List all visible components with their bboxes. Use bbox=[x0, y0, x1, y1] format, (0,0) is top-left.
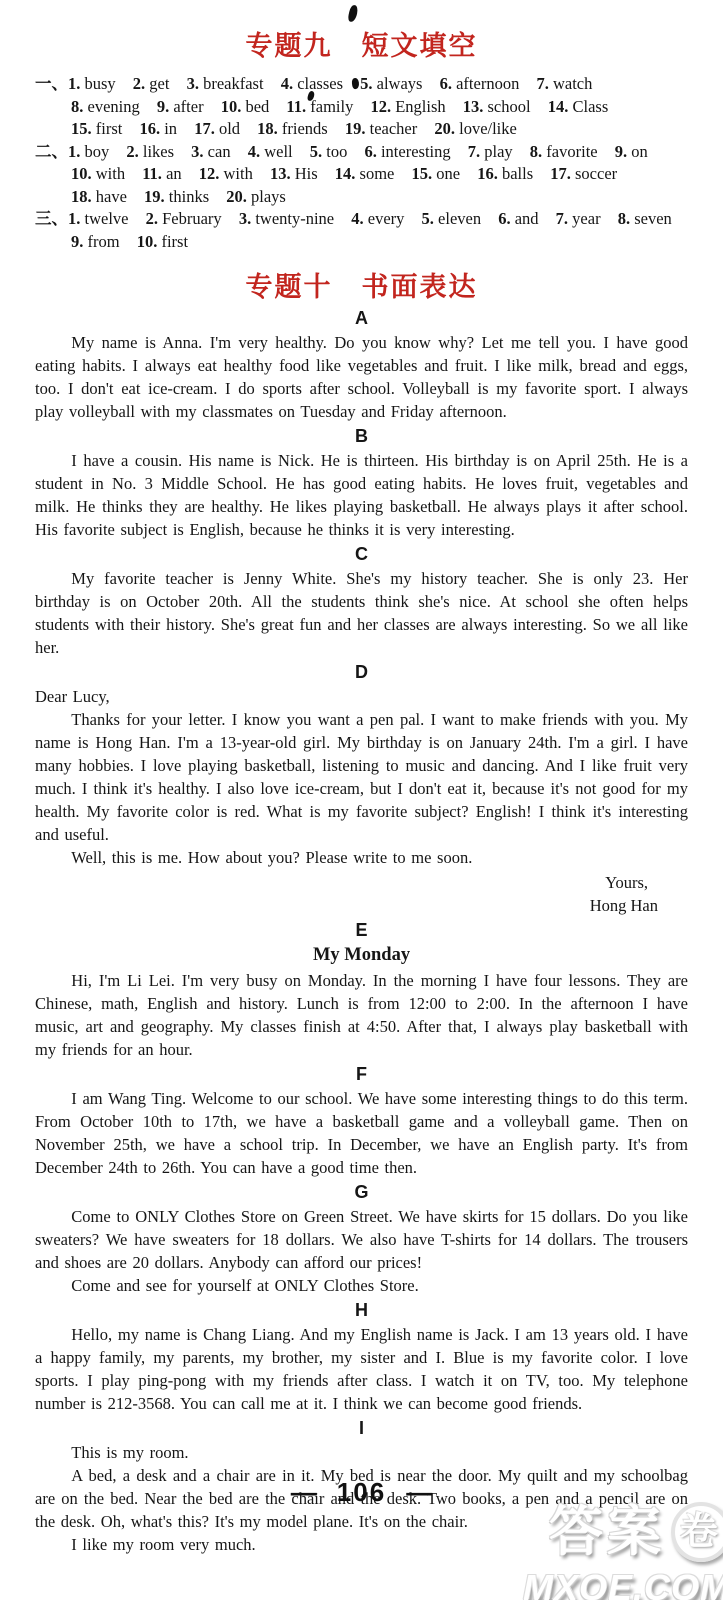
answer-item-word: bed bbox=[245, 97, 269, 116]
answer-item: 5. always bbox=[360, 74, 422, 93]
answer-item: 8. seven bbox=[618, 209, 672, 228]
passage-paragraph: Hello, my name is Chang Liang. And my En… bbox=[35, 1323, 688, 1415]
answer-item-number: 18. bbox=[71, 187, 92, 206]
answer-item-word: in bbox=[164, 119, 177, 138]
answer-item: 10. first bbox=[137, 232, 188, 251]
answer-item-number: 15. bbox=[71, 119, 92, 138]
answer-item-number: 10. bbox=[71, 164, 92, 183]
answer-item-word: first bbox=[161, 232, 188, 251]
answer-item: 1. boy bbox=[68, 142, 109, 161]
answer-item: 2. get bbox=[133, 74, 170, 93]
answer-item-word: first bbox=[96, 119, 123, 138]
answer-item-number: 14. bbox=[335, 164, 356, 183]
answer-item: 7. play bbox=[468, 142, 513, 161]
answer-item-word: busy bbox=[85, 74, 116, 93]
answer-item-number: 10. bbox=[221, 97, 242, 116]
passages-block: AMy name is Anna. I'm very healthy. Do y… bbox=[35, 306, 688, 1556]
passage-paragraph: Well, this is me. How about you? Please … bbox=[35, 846, 688, 869]
answer-item-word: family bbox=[310, 97, 353, 116]
answer-item-word: interesting bbox=[381, 142, 451, 161]
answer-item-number: 1. bbox=[68, 209, 80, 228]
answer-item-number: 13. bbox=[270, 164, 291, 183]
answer-item: 7. watch bbox=[536, 74, 592, 93]
answer-item-word: teacher bbox=[370, 119, 418, 138]
answer-item: 20. plays bbox=[226, 187, 286, 206]
answer-item-number: 6. bbox=[440, 74, 452, 93]
answer-item: 17. old bbox=[194, 119, 240, 138]
page-number-value: 106 bbox=[337, 1477, 386, 1507]
answer-item: 15. one bbox=[412, 164, 461, 183]
answer-item-number: 14. bbox=[548, 97, 569, 116]
answer-item: 13. His bbox=[270, 164, 318, 183]
passage-paragraph: My favorite teacher is Jenny White. She'… bbox=[35, 567, 688, 659]
ink-blot-artifact bbox=[347, 4, 358, 22]
answer-item: 17. soccer bbox=[550, 164, 617, 183]
answer-group-marker: 二、 bbox=[35, 142, 68, 161]
answer-item: 3. can bbox=[191, 142, 230, 161]
answer-item-number: 11. bbox=[286, 97, 306, 116]
answer-item-word: and bbox=[515, 209, 539, 228]
answer-item-number: 8. bbox=[530, 142, 542, 161]
answer-item-word: thinks bbox=[169, 187, 209, 206]
passage-section: DDear Lucy,Thanks for your letter. I kno… bbox=[35, 660, 688, 917]
answer-item-number: 4. bbox=[351, 209, 363, 228]
answer-item-word: year bbox=[572, 209, 600, 228]
answer-item-word: seven bbox=[634, 209, 672, 228]
answer-item-word: classes bbox=[297, 74, 343, 93]
answer-item: 12. with bbox=[199, 164, 253, 183]
passage-paragraph: I have a cousin. His name is Nick. He is… bbox=[35, 449, 688, 541]
answer-item-word: eleven bbox=[438, 209, 481, 228]
watermark-site: MXQE.COM bbox=[523, 1570, 723, 1600]
answer-item-word: February bbox=[162, 209, 222, 228]
answer-item-word: play bbox=[484, 142, 512, 161]
answer-item: 12. English bbox=[370, 97, 445, 116]
answer-item: 7. year bbox=[556, 209, 601, 228]
answer-item: 6. and bbox=[498, 209, 538, 228]
answer-item-word: school bbox=[488, 97, 531, 116]
answer-item-word: boy bbox=[85, 142, 110, 161]
answer-item-word: an bbox=[166, 164, 182, 183]
answer-item-number: 6. bbox=[498, 209, 510, 228]
answer-item-word: plays bbox=[251, 187, 286, 206]
answer-item: 5. too bbox=[310, 142, 348, 161]
watermark-logo-text: 答案 bbox=[549, 1505, 665, 1559]
answer-item: 6. afternoon bbox=[440, 74, 520, 93]
answer-item-number: 8. bbox=[618, 209, 630, 228]
answer-item-number: 17. bbox=[194, 119, 215, 138]
section-label: D bbox=[35, 660, 688, 684]
answer-item-number: 8. bbox=[71, 97, 83, 116]
answer-item-number: 3. bbox=[187, 74, 199, 93]
answer-item-word: always bbox=[377, 74, 423, 93]
answer-item-number: 2. bbox=[126, 142, 138, 161]
passage-paragraph: Hi, I'm Li Lei. I'm very busy on Monday.… bbox=[35, 969, 688, 1061]
answer-item-number: 9. bbox=[71, 232, 83, 251]
answer-item-word: evening bbox=[88, 97, 140, 116]
passage-paragraph: Come to ONLY Clothes Store on Green Stre… bbox=[35, 1205, 688, 1274]
answer-item-word: Class bbox=[572, 97, 608, 116]
section-label: C bbox=[35, 542, 688, 566]
answer-item-word: can bbox=[208, 142, 231, 161]
answer-item: 6. interesting bbox=[364, 142, 450, 161]
section-label: E bbox=[35, 918, 688, 942]
passage-section: GCome to ONLY Clothes Store on Green Str… bbox=[35, 1180, 688, 1297]
answer-item: 8. evening bbox=[71, 97, 140, 116]
section-label: A bbox=[35, 306, 688, 330]
answer-item: 3. twenty-nine bbox=[239, 209, 334, 228]
section-label: F bbox=[35, 1062, 688, 1086]
passage-section: BI have a cousin. His name is Nick. He i… bbox=[35, 424, 688, 541]
answer-item-number: 5. bbox=[310, 142, 322, 161]
answer-item-word: some bbox=[360, 164, 395, 183]
answer-item: 2. February bbox=[146, 209, 222, 228]
answer-item: 16. in bbox=[139, 119, 177, 138]
answer-item-word: with bbox=[96, 164, 125, 183]
answer-item-word: soccer bbox=[575, 164, 617, 183]
answer-item: 16. balls bbox=[477, 164, 533, 183]
answer-item-number: 19. bbox=[345, 119, 366, 138]
passage-section: EMy MondayHi, I'm Li Lei. I'm very busy … bbox=[35, 918, 688, 1061]
passage-paragraph: My name is Anna. I'm very healthy. Do yo… bbox=[35, 331, 688, 423]
answer-item: 10. bed bbox=[221, 97, 270, 116]
answer-item: 4. well bbox=[248, 142, 293, 161]
section-label: B bbox=[35, 424, 688, 448]
answer-item-word: friends bbox=[282, 119, 328, 138]
answer-item-word: old bbox=[219, 119, 240, 138]
answer-item-number: 12. bbox=[199, 164, 220, 183]
answer-item-number: 5. bbox=[360, 74, 372, 93]
answer-item-word: on bbox=[631, 142, 648, 161]
answer-item: 9. after bbox=[157, 97, 204, 116]
page-number-dash-left: — bbox=[291, 1477, 317, 1507]
page-number-dash-right: — bbox=[406, 1477, 432, 1507]
answer-group: 二、1. boy 2. likes 3. can 4. well 5. too … bbox=[35, 141, 688, 209]
answer-item: 19. teacher bbox=[345, 119, 417, 138]
watermark-circle-char: 卷 bbox=[680, 1513, 722, 1551]
topic9-title: 专题九 短文填空 bbox=[35, 24, 688, 63]
answer-item: 3. breakfast bbox=[187, 74, 264, 93]
answer-item: 11. an bbox=[142, 164, 181, 183]
answer-item-number: 7. bbox=[536, 74, 548, 93]
answer-group-marker: 一、 bbox=[35, 74, 68, 93]
letter-salutation: Dear Lucy, bbox=[35, 685, 688, 708]
answer-item-word: have bbox=[96, 187, 127, 206]
answer-item-number: 20. bbox=[434, 119, 455, 138]
topic10-title: 专题十 书面表达 bbox=[35, 265, 688, 304]
answer-item-word: His bbox=[295, 164, 318, 183]
answer-item-number: 6. bbox=[364, 142, 376, 161]
answer-item-number: 4. bbox=[248, 142, 260, 161]
answer-item-number: 16. bbox=[477, 164, 498, 183]
passage-paragraph: Come and see for yourself at ONLY Clothe… bbox=[35, 1274, 688, 1297]
answer-item-number: 20. bbox=[226, 187, 247, 206]
answer-item-number: 7. bbox=[468, 142, 480, 161]
answer-item: 1. twelve bbox=[68, 209, 128, 228]
answer-item-word: get bbox=[149, 74, 169, 93]
answer-item-number: 9. bbox=[615, 142, 627, 161]
answer-item: 5. eleven bbox=[422, 209, 482, 228]
answer-item-word: with bbox=[224, 164, 253, 183]
answer-item-word: balls bbox=[502, 164, 533, 183]
answer-group: 一、1. busy 2. get 3. breakfast 4. classes… bbox=[35, 73, 688, 141]
answer-item-word: well bbox=[264, 142, 292, 161]
answer-item-word: favorite bbox=[546, 142, 597, 161]
answer-item-number: 11. bbox=[142, 164, 162, 183]
answer-group: 三、1. twelve 2. February 3. twenty-nine 4… bbox=[35, 208, 688, 253]
watermark-logo: 答案 卷 bbox=[523, 1502, 723, 1562]
answer-item-number: 13. bbox=[463, 97, 484, 116]
answer-item: 10. with bbox=[71, 164, 125, 183]
passage-paragraph: Thanks for your letter. I know you want … bbox=[35, 708, 688, 846]
section-label: G bbox=[35, 1180, 688, 1204]
answer-item-number: 1. bbox=[68, 142, 80, 161]
answer-item-number: 7. bbox=[556, 209, 568, 228]
answer-item: 4. every bbox=[351, 209, 404, 228]
answer-item: 8. favorite bbox=[530, 142, 598, 161]
answer-item-number: 4. bbox=[281, 74, 293, 93]
answer-item: 14. Class bbox=[548, 97, 609, 116]
answer-item: 14. some bbox=[335, 164, 395, 183]
answer-item-number: 3. bbox=[239, 209, 251, 228]
answer-item: 9. on bbox=[615, 142, 648, 161]
answer-item-word: breakfast bbox=[203, 74, 263, 93]
answer-item-word: twenty-nine bbox=[255, 209, 334, 228]
answer-item-number: 18. bbox=[257, 119, 278, 138]
answer-item-number: 10. bbox=[137, 232, 158, 251]
passage-paragraph: This is my room. bbox=[35, 1441, 688, 1464]
answer-item-word: love/like bbox=[459, 119, 517, 138]
answer-item: 15. first bbox=[71, 119, 122, 138]
letter-closing: Yours,Hong Han bbox=[35, 871, 688, 917]
answer-item-word: twelve bbox=[85, 209, 129, 228]
watermark-circle-icon: 卷 bbox=[671, 1502, 723, 1562]
passage-section: AMy name is Anna. I'm very healthy. Do y… bbox=[35, 306, 688, 423]
answer-item: 20. love/like bbox=[434, 119, 516, 138]
answer-item-word: afternoon bbox=[456, 74, 519, 93]
answer-item-number: 9. bbox=[157, 97, 169, 116]
answer-item-number: 17. bbox=[550, 164, 571, 183]
answer-item-number: 5. bbox=[422, 209, 434, 228]
passage-paragraph: I am Wang Ting. Welcome to our school. W… bbox=[35, 1087, 688, 1179]
answer-item-word: after bbox=[173, 97, 203, 116]
answer-item-number: 16. bbox=[139, 119, 160, 138]
workbook-answer-page: 专题九 短文填空 一、1. busy 2. get 3. breakfast 4… bbox=[0, 0, 723, 1600]
answer-item-word: too bbox=[326, 142, 347, 161]
answer-item-number: 15. bbox=[412, 164, 433, 183]
answer-item-number: 1. bbox=[68, 74, 80, 93]
passage-section: CMy favorite teacher is Jenny White. She… bbox=[35, 542, 688, 659]
answer-item-word: from bbox=[88, 232, 120, 251]
answer-item-number: 19. bbox=[144, 187, 165, 206]
section-label: I bbox=[35, 1416, 688, 1440]
passage-section: FI am Wang Ting. Welcome to our school. … bbox=[35, 1062, 688, 1179]
watermark: 答案 卷 MXQE.COM bbox=[523, 1502, 723, 1600]
answer-item: 19. thinks bbox=[144, 187, 209, 206]
answer-item-word: every bbox=[368, 209, 405, 228]
answer-item: 18. friends bbox=[257, 119, 328, 138]
passage-section: HHello, my name is Chang Liang. And my E… bbox=[35, 1298, 688, 1415]
answer-item: 2. likes bbox=[126, 142, 174, 161]
answer-item-number: 12. bbox=[370, 97, 391, 116]
letter-closing-signature: Hong Han bbox=[35, 894, 658, 917]
section-subtitle: My Monday bbox=[35, 943, 688, 967]
answer-item: 11. family bbox=[286, 97, 353, 116]
answer-item: 13. school bbox=[463, 97, 531, 116]
answer-item: 9. from bbox=[71, 232, 120, 251]
answer-item-word: one bbox=[436, 164, 460, 183]
answer-group-marker: 三、 bbox=[35, 209, 68, 228]
answer-item-word: English bbox=[395, 97, 445, 116]
answer-item: 1. busy bbox=[68, 74, 116, 93]
answer-key-block: 一、1. busy 2. get 3. breakfast 4. classes… bbox=[35, 73, 688, 253]
answer-item-number: 2. bbox=[146, 209, 158, 228]
answer-item-word: watch bbox=[553, 74, 592, 93]
section-label: H bbox=[35, 1298, 688, 1322]
answer-item: 18. have bbox=[71, 187, 127, 206]
answer-item-number: 3. bbox=[191, 142, 203, 161]
answer-item-word: likes bbox=[143, 142, 174, 161]
answer-item-number: 2. bbox=[133, 74, 145, 93]
letter-closing-yours: Yours, bbox=[35, 871, 648, 894]
